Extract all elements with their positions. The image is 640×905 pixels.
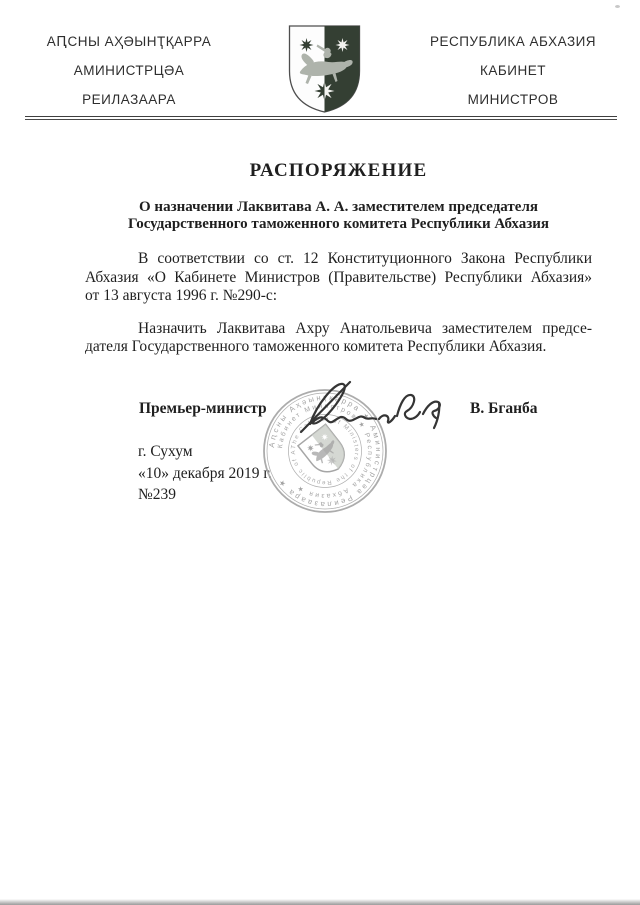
issue-city: г. Сухум	[138, 441, 272, 463]
document-body: В соответствии со ст. 12 Конституционног…	[85, 250, 592, 357]
signer-name: В. Бганба	[470, 400, 538, 418]
org-line: АԤСНЫ АҲӘЫНҬҚАРРА	[20, 27, 238, 56]
paragraph: В соответствии со ст. 12 Конституционног…	[85, 250, 592, 306]
issue-date: «10» декабря 2019 г.	[138, 463, 272, 485]
handwritten-signature	[283, 374, 458, 438]
issue-number: №239	[138, 484, 272, 506]
letterhead-org-abkhazian: АԤСНЫ АҲӘЫНҬҚАРРА АМИНИСТРЦӘА РЕИЛАЗААРА	[20, 27, 238, 114]
body-line: Абхазия «О Кабинете Министров (Правитель…	[85, 269, 592, 288]
scan-edge-shadow	[0, 899, 640, 905]
signer-position: Премьер-министр	[139, 400, 267, 418]
org-line: МИНИСТРОВ	[404, 85, 622, 114]
org-line: РЕИЛАЗААРА	[20, 85, 238, 114]
decree-document-page: АԤСНЫ АҲӘЫНҬҚАРРА АМИНИСТРЦӘА РЕИЛАЗААРА	[0, 0, 640, 905]
body-line: В соответствии со ст. 12 Конституционног…	[85, 250, 592, 269]
subject-line: О назначении Лаквитава А. А. заместителе…	[85, 199, 592, 216]
scan-artifact-dot	[615, 5, 620, 8]
org-line: АМИНИСТРЦӘА	[20, 56, 238, 85]
issue-block: г. Сухум «10» декабря 2019 г. №239	[138, 441, 272, 506]
abkhazia-coat-of-arms-icon	[286, 23, 363, 115]
letterhead-org-russian: РЕСПУБЛИКА АБХАЗИЯ КАБИНЕТ МИНИСТРОВ	[404, 27, 622, 114]
body-line: дателя Государственного таможенного коми…	[85, 338, 592, 357]
document-subject: О назначении Лаквитава А. А. заместителе…	[85, 199, 592, 233]
org-line: РЕСПУБЛИКА АБХАЗИЯ	[404, 27, 622, 56]
document-title: РАСПОРЯЖЕНИЕ	[85, 160, 592, 182]
subject-line: Государственного таможенного комитета Ре…	[85, 216, 592, 233]
org-line: КАБИНЕТ	[404, 56, 622, 85]
paragraph: Назначить Лаквитава Ахру Анатольевича за…	[85, 320, 592, 357]
body-line: от 13 августа 1996 г. №290-с:	[85, 287, 592, 306]
body-line: Назначить Лаквитава Ахру Анатольевича за…	[85, 320, 592, 339]
letterhead-divider	[25, 116, 617, 120]
